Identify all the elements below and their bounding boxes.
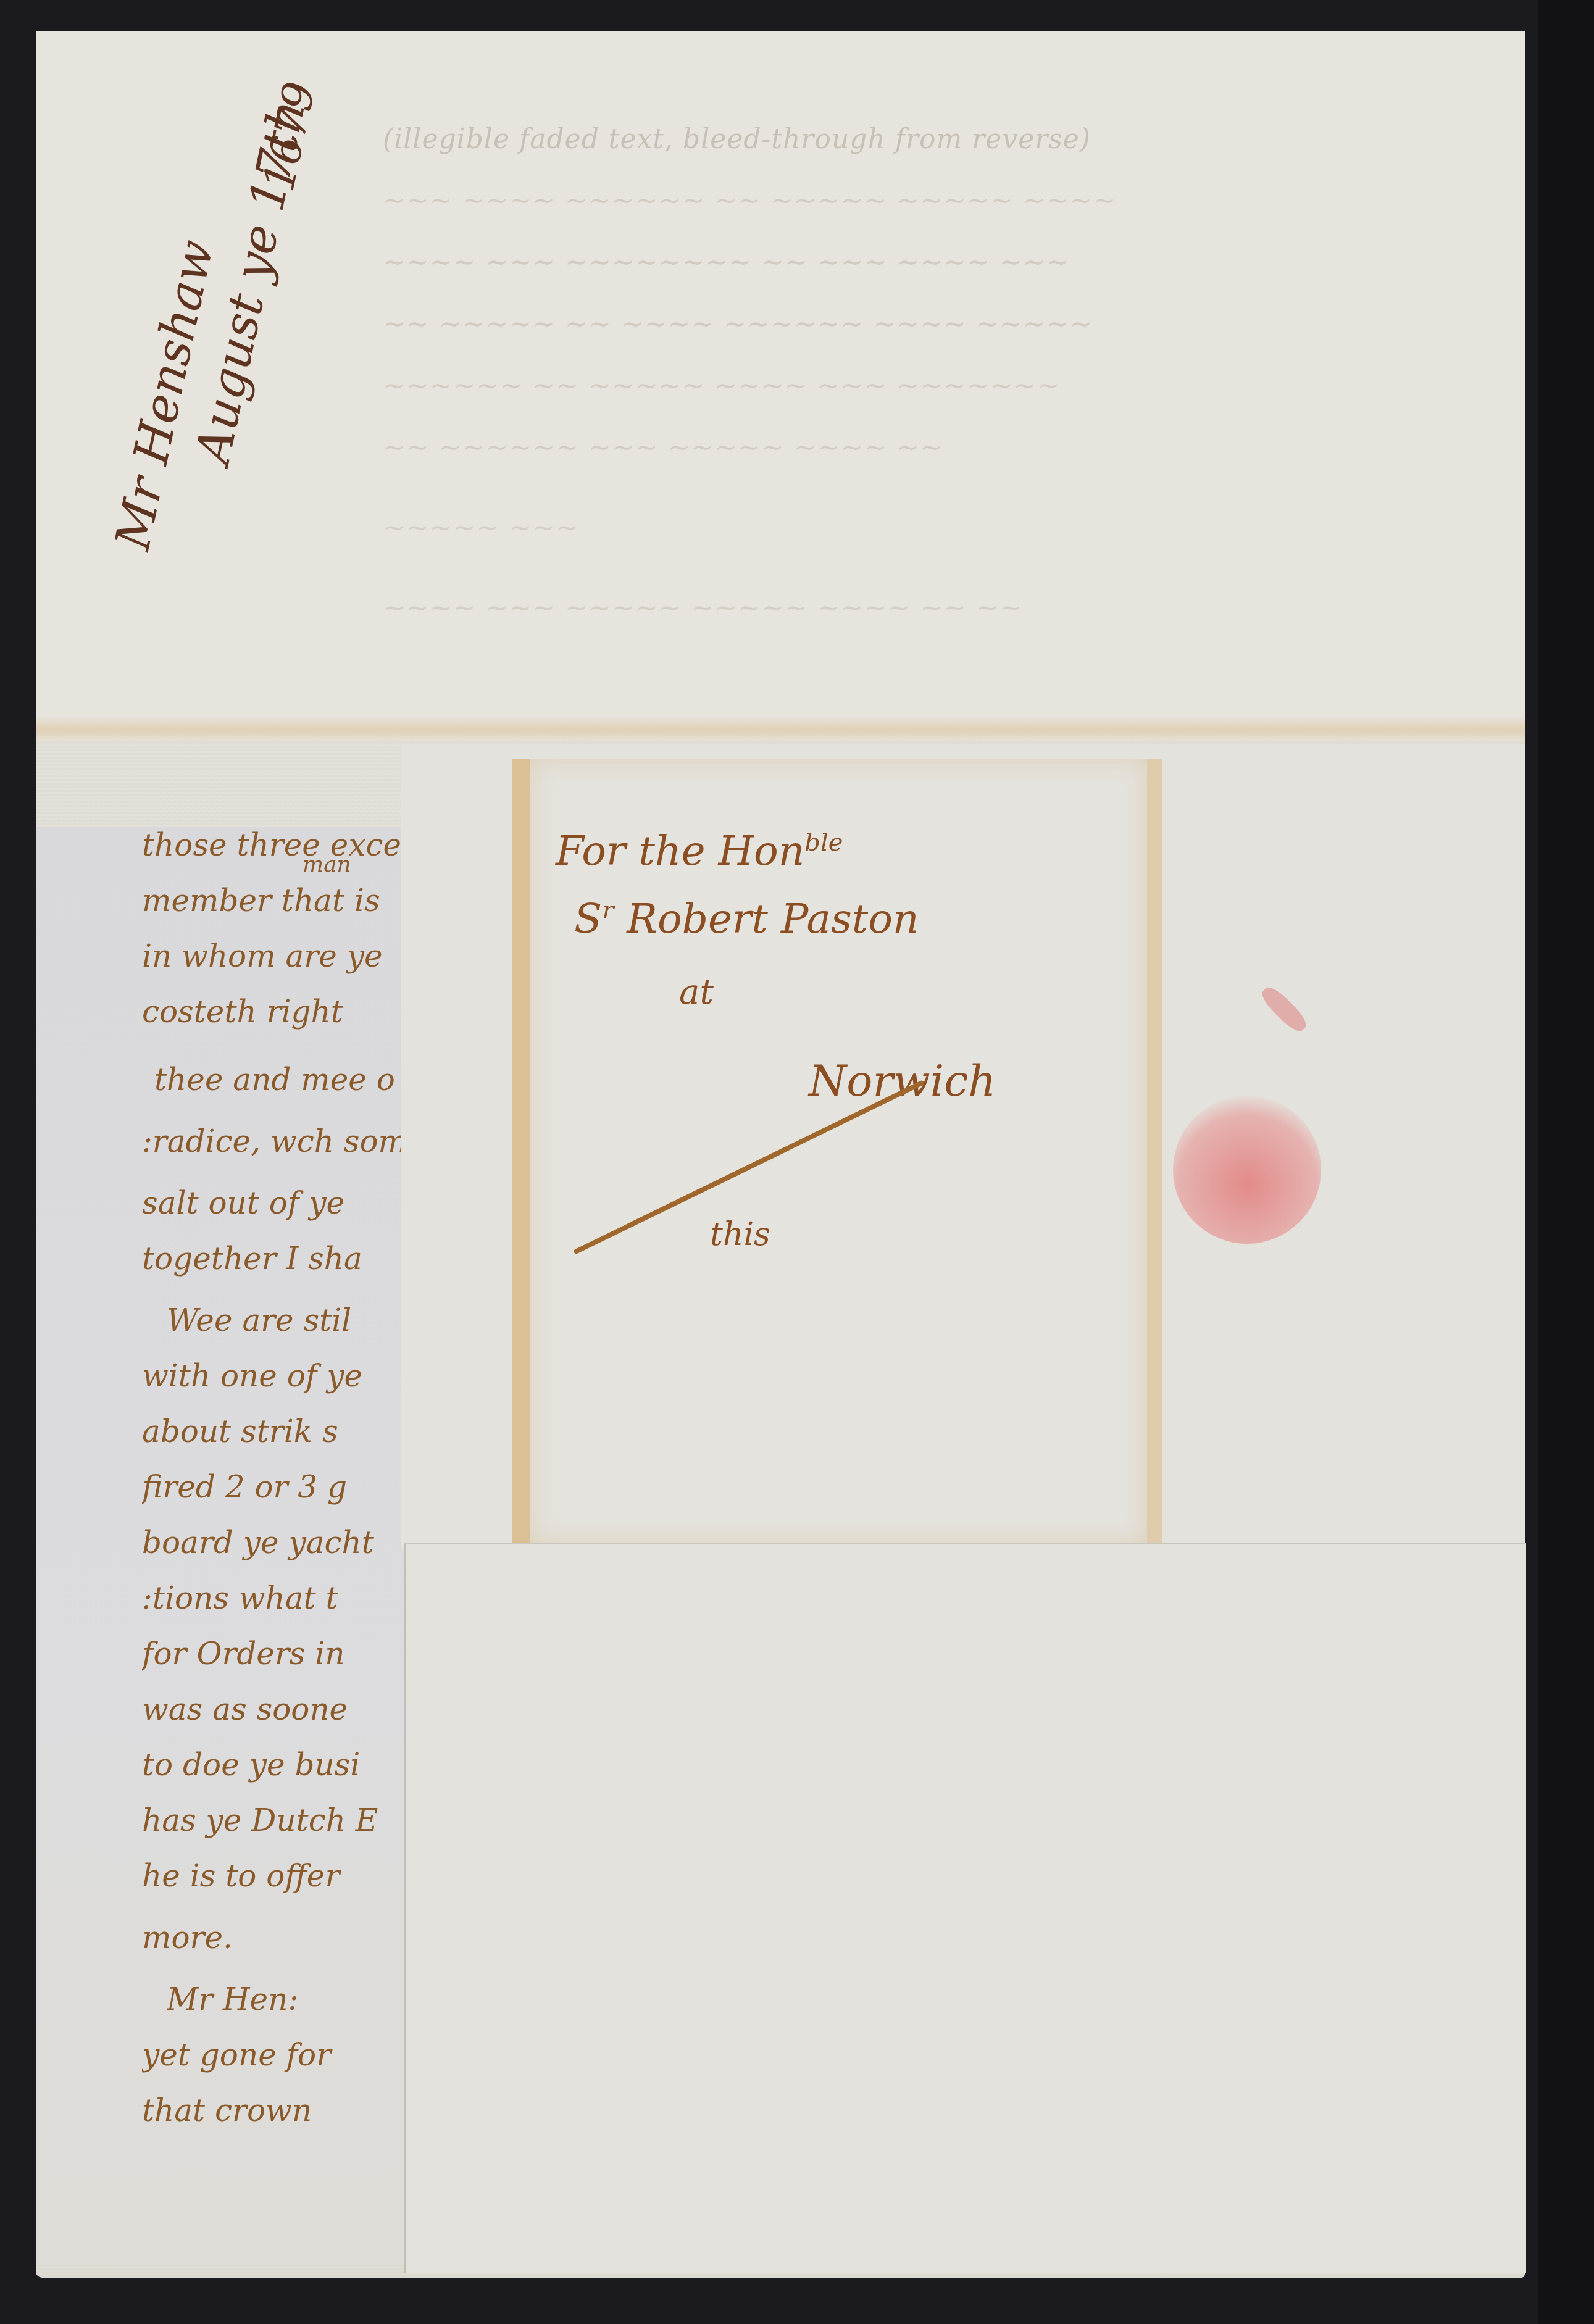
bleedthrough-text-7: ~~~~~ ~~~ <box>383 512 579 544</box>
letter-line: together I sha <box>142 1241 407 1277</box>
bleedthrough-text-3: ~~~~ ~~~ ~~~~~~~~ ~~ ~~~ ~~~~ ~~~ <box>383 247 1069 278</box>
address-text: For the Hon <box>556 827 804 875</box>
letter-line: Mr Hen: <box>167 1981 432 2017</box>
letter-line: that crown <box>142 2093 407 2128</box>
address-text: Robert Paston <box>614 895 919 943</box>
letter-line: more. <box>142 1920 407 1955</box>
letter-line: in whom are ye <box>142 938 407 974</box>
letter-line: salt out of ye <box>142 1185 407 1221</box>
wax-seal <box>1173 1096 1321 1244</box>
bleedthrough-text-8: ~~~~ ~~~ ~~~~~ ~~~~~ ~~~~ ~~ ~~ <box>383 593 1023 624</box>
letter-line: :tions what t <box>142 1580 407 1616</box>
letter-line: about strik s <box>142 1414 407 1449</box>
address-line-5: this <box>710 1216 770 1253</box>
bleedthrough-text-5: ~~~~~~ ~~ ~~~~~ ~~~~ ~~~ ~~~~~~~ <box>383 370 1060 402</box>
letter-line: for Orders in <box>142 1636 407 1672</box>
letter-line: :radice, wch som <box>142 1123 407 1159</box>
letter-line: fired 2 or 3 g <box>142 1469 407 1505</box>
letter-line: he is to offer <box>142 1858 407 1894</box>
mount-frame-edge <box>1538 0 1594 2324</box>
letter-line: costeth right <box>142 994 407 1030</box>
letter-line: member that is <box>142 883 407 918</box>
address-panel <box>512 759 1162 1556</box>
letter-line: was as soone <box>142 1691 407 1727</box>
address-superscript: ble <box>804 828 843 857</box>
bleedthrough-text-2: ~~~ ~~~~ ~~~~~~ ~~ ~~~~~ ~~~~~ ~~~~ <box>383 185 1116 217</box>
letter-line: board ye yacht <box>142 1525 407 1560</box>
address-line-3: at <box>679 972 714 1012</box>
address-text: S <box>574 895 602 943</box>
address-superscript: r <box>602 896 614 925</box>
bleedthrough-text-4: ~~ ~~~~~ ~~ ~~~~ ~~~~~~ ~~~~ ~~~~~ <box>383 309 1093 340</box>
address-line-2: Sr Robert Paston <box>574 895 919 943</box>
bleedthrough-text-6: ~~ ~~~~~~ ~~~ ~~~~~ ~~~~ ~~ <box>383 432 943 464</box>
letter-line: thee and mee o <box>154 1062 420 1097</box>
fold-stain <box>36 716 1525 744</box>
letter-line: has ye Dutch E <box>142 1802 407 1838</box>
lower-cover-panel <box>404 1543 1526 2273</box>
letter-line: Wee are stil <box>167 1302 432 1338</box>
bleedthrough-text-1: (illegible faded text, bleed-through fro… <box>383 123 1091 155</box>
address-line-1: For the Honble <box>556 827 843 875</box>
letter-line: to doe ye busi <box>142 1747 407 1783</box>
address-line-4: Norwich <box>809 1056 996 1106</box>
letter-line: with one of ye <box>142 1358 407 1394</box>
letter-line: yet gone for <box>142 2037 407 2073</box>
